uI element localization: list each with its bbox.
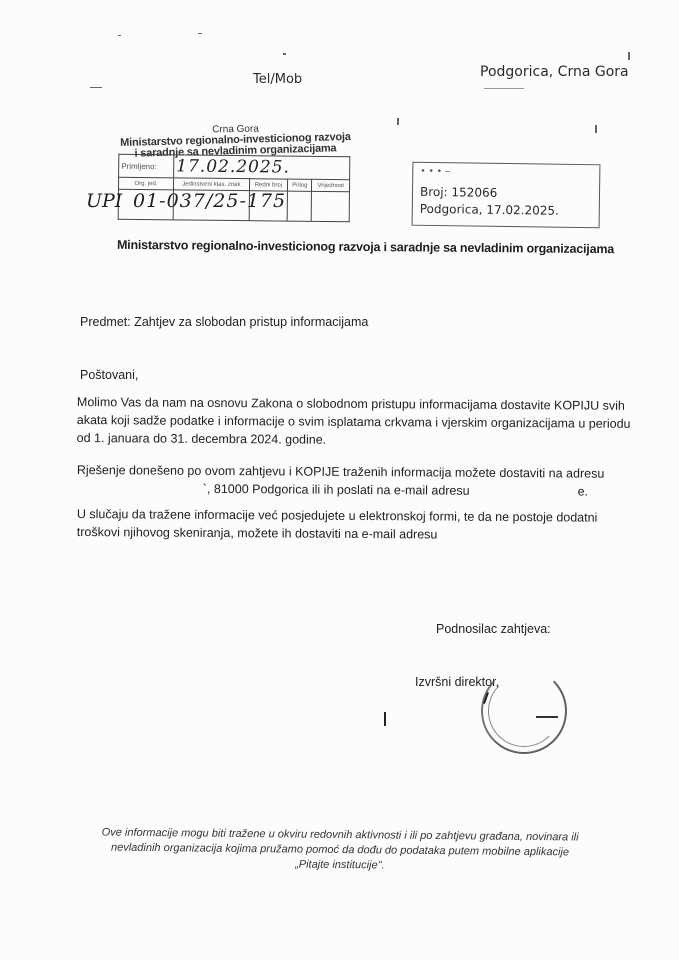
subject-line: Predmet: Zahtjev za slobodan pristup inf…: [80, 315, 368, 329]
signature-mark: [384, 712, 386, 726]
applicant-label: Podnosilac zahtjeva:: [436, 622, 551, 636]
handwritten-case-number: 01-037/25-175: [133, 190, 286, 212]
col-attachment: Prilog: [288, 179, 312, 191]
received-date: 17.02.2025.: [174, 155, 350, 180]
col-value: Vrijednost: [312, 179, 350, 191]
scan-speck: [397, 118, 399, 125]
reference-place-date: Podgorica, 17.02.2025.: [420, 202, 559, 218]
director-title: Izvršni direktor,: [415, 675, 499, 689]
recipient: Ministarstvo regionalno-investicionog ra…: [117, 238, 614, 256]
body-paragraph-2: Rješenje donešeno po ovom zahtjevu i KOP…: [77, 461, 605, 501]
handwritten-prefix: UPI: [86, 190, 122, 212]
body-paragraph-3: U slučaju da tražene informacije već pos…: [77, 505, 598, 545]
signature-stroke: [536, 716, 558, 718]
sender-city: Podgorica, Crna Gora: [480, 64, 629, 80]
scan-speck: [484, 88, 524, 89]
scan-speck: [118, 35, 121, 36]
scan-speck: [90, 87, 102, 88]
reference-box: • • • ‒ Broj: 152066 Podgorica, 17.02.20…: [412, 162, 601, 229]
document-page: Tel/Mob Podgorica, Crna Gora Crna Gora M…: [0, 0, 679, 960]
received-label: Primljeno:: [119, 154, 174, 178]
scan-speck: [595, 125, 597, 133]
scan-speck: [628, 52, 630, 60]
scan-speck: [198, 33, 202, 34]
official-seal-inner-icon: [488, 675, 560, 747]
tel-mob-label: Tel/Mob: [253, 72, 302, 87]
scan-speck: [283, 53, 286, 55]
reference-number: Broj: 152066: [420, 185, 497, 200]
salutation: Poštovani,: [80, 368, 138, 382]
footer-note: Ove informacije mogu biti tražene u okvi…: [60, 825, 620, 876]
col-org-unit: Org. jed.: [118, 177, 173, 190]
body-paragraph-1: Molimo Vas da nam na osnovu Zakona o slo…: [77, 393, 631, 451]
col-class-code: Jedinstveni klas. znak: [173, 178, 249, 191]
reception-stamp: Crna Gora Ministarstvo regionalno-invest…: [118, 124, 353, 157]
